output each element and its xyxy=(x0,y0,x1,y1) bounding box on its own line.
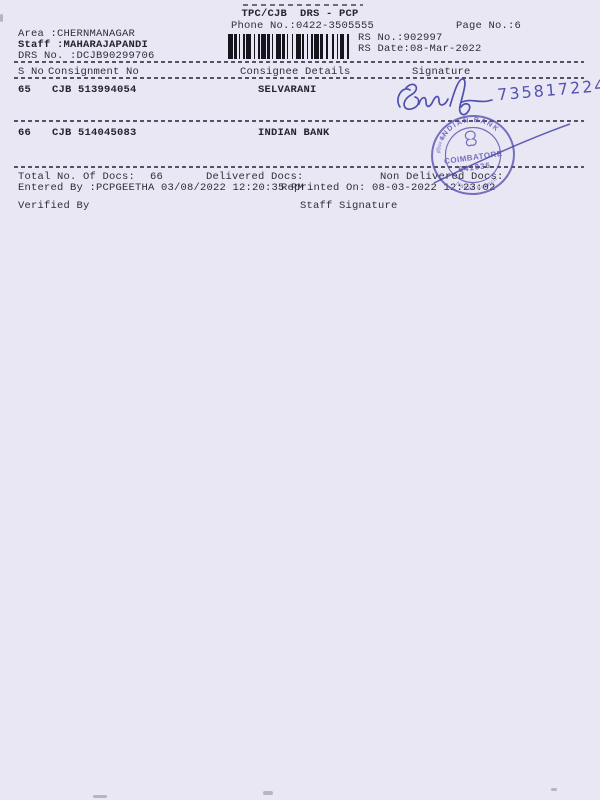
scan-speck xyxy=(93,795,107,798)
scan-speck xyxy=(551,788,557,791)
row-consignee-name: INDIAN BANK xyxy=(258,128,330,139)
verified-by-label: Verified By xyxy=(18,201,90,212)
reprinted-on-field: Reprinted On: 08-03-2022 12:23:02 xyxy=(281,183,496,194)
scan-speck xyxy=(0,14,3,22)
separator-line xyxy=(14,61,584,63)
entered-by-field: Entered By :PCPGEETHA 03/08/2022 12:20:3… xyxy=(18,183,304,194)
barcode-icon xyxy=(228,34,352,59)
indian-bank-logo-icon xyxy=(465,131,477,147)
stamp-city-text: COIMBATORE xyxy=(444,149,504,166)
separator-line xyxy=(14,120,584,122)
separator-line xyxy=(14,166,584,168)
col-header-signature: Signature xyxy=(412,67,471,78)
row-consignment-no: CJB 514045083 xyxy=(52,128,137,139)
col-header-consignment: Consignment No xyxy=(48,67,139,78)
scan-speck xyxy=(263,791,273,795)
page-number: Page No.:6 xyxy=(456,21,521,32)
stamp-arc-top-text: INDIAN BANK xyxy=(435,113,502,142)
row-consignment-no: CJB 513994054 xyxy=(52,85,137,96)
row-sno: 66 xyxy=(18,128,31,139)
rs-date-field: RS Date:08-Mar-2022 xyxy=(358,44,482,55)
row-consignee-name: SELVARANI xyxy=(258,85,317,96)
doc-title: TPC/CJB DRS - PCP xyxy=(0,9,600,20)
svg-text:इंडियन बैंक: इंडियन बैंक xyxy=(433,133,449,154)
document-page: TPC/CJB DRS - PCP Phone No.:0422-3505555… xyxy=(0,0,600,800)
pen-signature xyxy=(392,74,496,124)
stamp-arc-hindi-text: इंडियन बैंक xyxy=(433,133,449,154)
row-sno: 65 xyxy=(18,85,31,96)
staff-signature-label: Staff Signature xyxy=(300,201,398,212)
title-overstrike-dashes xyxy=(243,4,363,6)
col-header-sno: S No xyxy=(18,67,44,78)
phone-number: Phone No.:0422-3505555 xyxy=(231,21,374,32)
col-header-consignee: Consignee Details xyxy=(240,67,351,78)
svg-text:INDIAN BANK: INDIAN BANK xyxy=(435,113,502,142)
handwritten-phone-number: 7358172247 xyxy=(496,75,600,105)
